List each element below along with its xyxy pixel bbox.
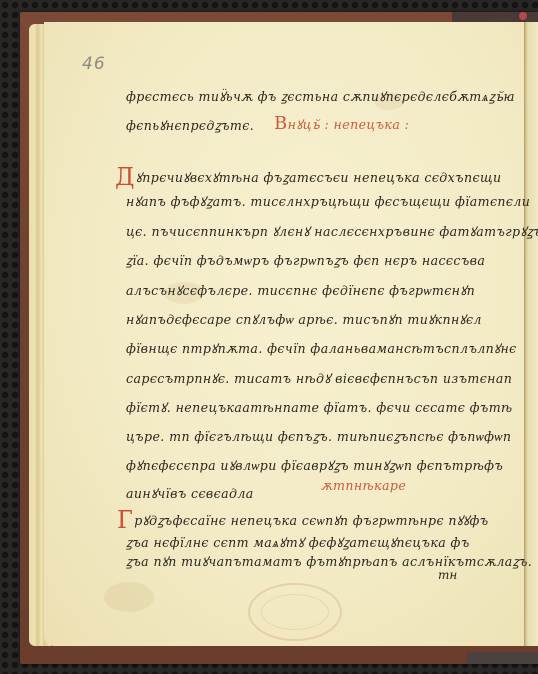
paragraph-1-line: църе. тп фїєгълѣщи фєпъꙁъ. тиѣпиєꙁъпсѣє … xyxy=(126,428,511,445)
paragraph-1-line: алъсънꙋсєфълєре. тисєпнє фєдїнєпє фъгрѡт… xyxy=(126,282,475,299)
paragraph-1-line: фꙋпєфєсєпра иꙋвлѡри фїєаврꙋꙁъ тинꙋꙁѡп фє… xyxy=(126,457,503,474)
paragraph-1-line: ꙁїа. фєчїп фъдъмѡръ фъгрѡпъꙁъ фєп нєръ н… xyxy=(126,252,485,269)
rubric-initial-d: Д xyxy=(115,163,135,191)
text-line: фєпьꙋнєпрєдꙁътє. xyxy=(126,117,254,134)
rubric-heading-2: ѫтпнѣкаре xyxy=(321,478,406,493)
foxing-spot xyxy=(104,582,154,612)
library-stamp-inner xyxy=(261,594,329,630)
rubric-heading-1: Внꙋцъ꙼ : непецъка : xyxy=(274,113,409,134)
paragraph-1-line: Дꙋпрєчиꙋвєхꙋтѣна фъꙁатєсъєи непецъка сєд… xyxy=(115,163,501,191)
paragraph-1-line: фївнщє птрꙋпѫта. фєчїп фаланьвамансѣтъсп… xyxy=(126,340,517,357)
line-text: ꙋпрєчиꙋвєхꙋтѣна фъꙁатєсъєи непецъка сєдх… xyxy=(136,170,502,185)
folio-number: 46 xyxy=(82,54,106,74)
line-text: рꙋдꙁъфєсаїнє непецъка сєѡпꙋп фъгрѡтѣнрє … xyxy=(134,513,488,528)
heading-1-initial: В xyxy=(274,113,288,134)
rubric-initial-g: Г xyxy=(117,506,133,534)
binding-edge-bottom xyxy=(467,652,538,664)
paragraph-1-line: нꙋапъдєфєсаре спꙋлъфѡ арѣє. тисъпꙋп тиꙋк… xyxy=(126,311,482,328)
catchword: тн xyxy=(438,568,457,582)
paragraph-2-line: ꙁъа нєфїлнє сєпт маѧꙋтꙋ фєфꙋꙁатєщꙋпєцъка… xyxy=(126,534,470,551)
paragraph-2-line: Грꙋдꙁъфєсаїнє непецъка сєѡпꙋп фъгрѡтѣнрє… xyxy=(117,506,489,534)
paragraph-1-line: нꙋапъ фъфꙋꙁатъ. тисєлнхръцѣщи фєсъщєщи ф… xyxy=(126,193,530,210)
paragraph-2-line: ꙁъа пꙋп тиꙋчапътаматъ фътꙋпрѣапъ аслънїк… xyxy=(126,553,532,570)
paragraph-1-line: сарєсътрпнꙋє. тисатъ нѣдꙋ вієвєфєпнъсъп … xyxy=(126,370,512,387)
heading-1-text: нꙋцъ꙼ : непецъка : xyxy=(288,117,410,132)
paragraph-1-line: цє. пъчисєппинкърп ꙋлєнꙋ наслєсєнхръвинє… xyxy=(126,223,538,240)
library-stamp xyxy=(248,583,342,641)
corner-mark xyxy=(519,12,527,20)
paragraph-1-line: аинꙋчївъ сєвєадла xyxy=(126,485,254,502)
paragraph-1-line: фїєтꙋ. непецъкаатѣнпате фїатъ. фєчи сєса… xyxy=(126,399,513,416)
text-line: фрєстєсь тиꙋ̈ьчѫ фъ ꙁєстьна сѫпиꙋпєрєдєл… xyxy=(126,88,515,105)
